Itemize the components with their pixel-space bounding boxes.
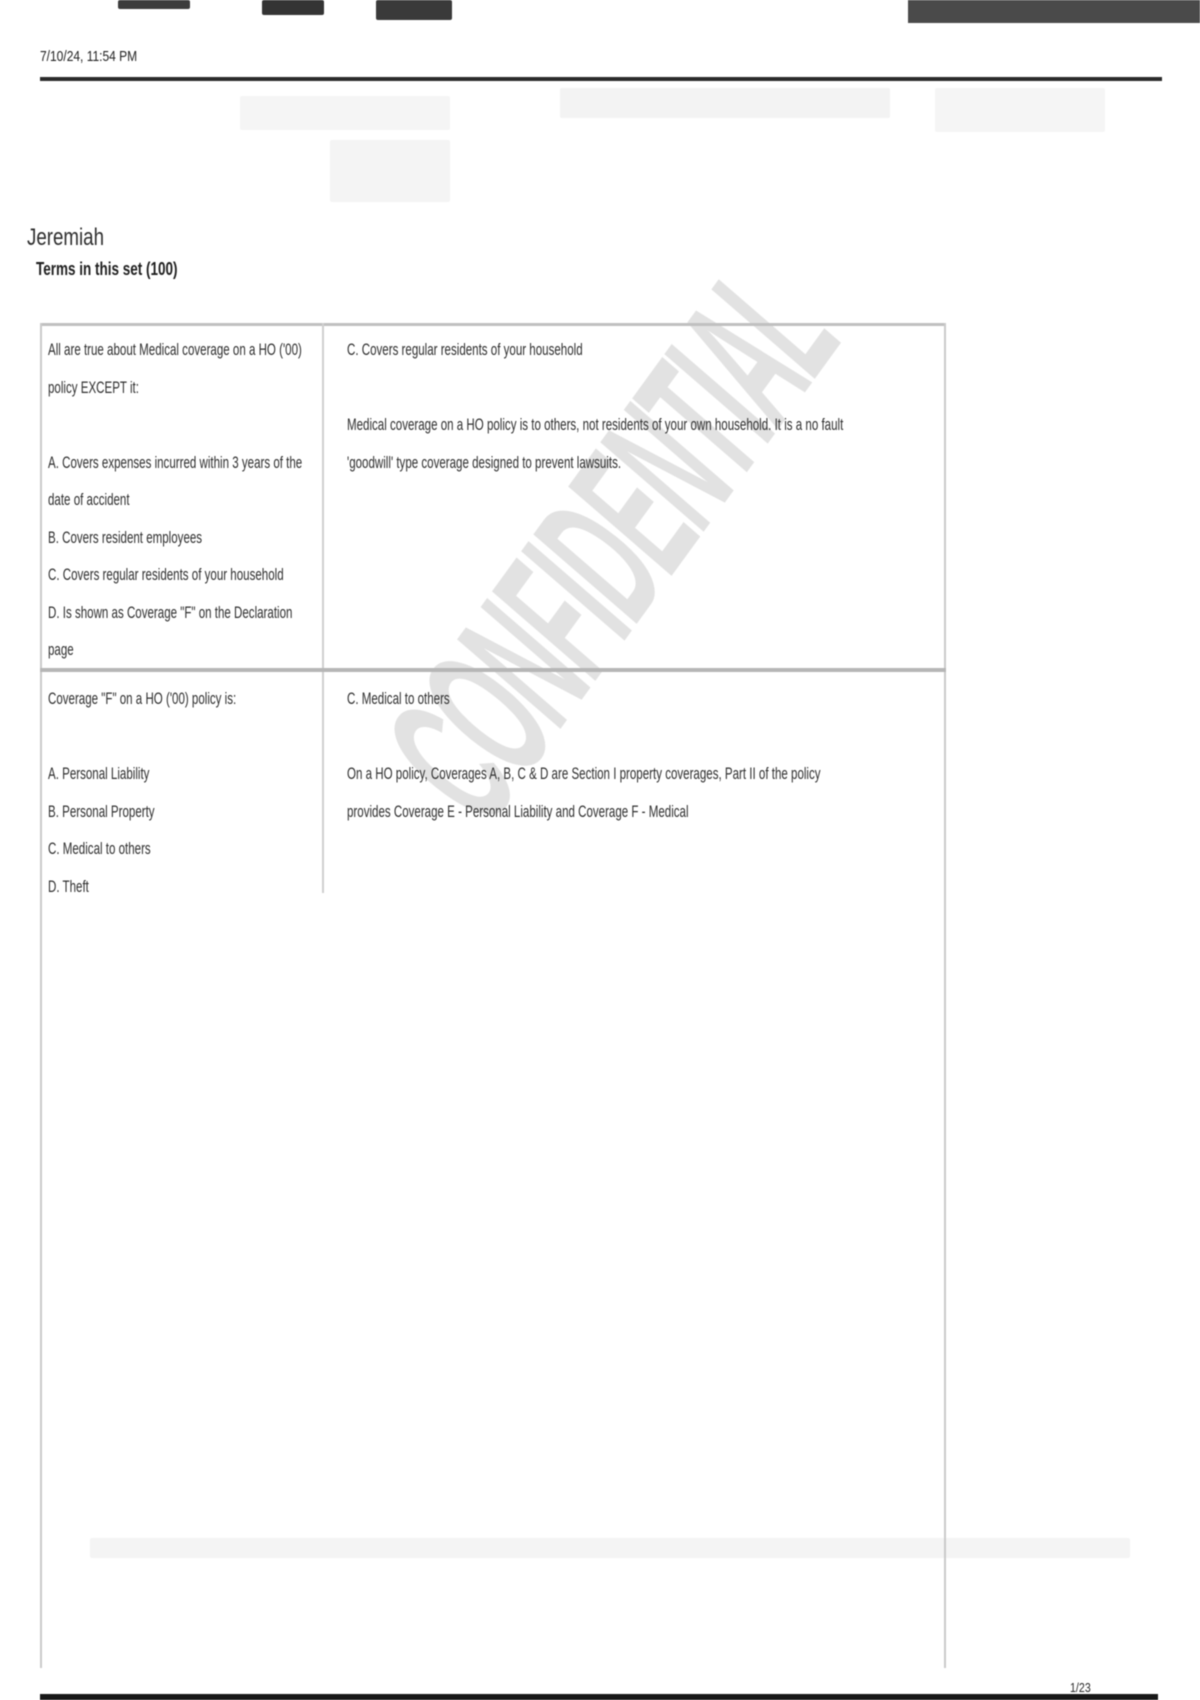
text-line: A. Covers expenses incurred within 3 yea… — [48, 445, 302, 483]
term-cell-1: All are true about Medical coverage on a… — [48, 332, 302, 670]
flashcards-table: All are true about Medical coverage on a… — [40, 323, 946, 1668]
text-line: All are true about Medical coverage on a… — [48, 332, 302, 370]
table-left-border — [40, 323, 42, 1668]
document-page: CONFIDENTIAL 7/10/24, 11:54 PM Jeremiah … — [0, 0, 1200, 1700]
terms-set-heading: Terms in this set (100) — [36, 259, 178, 280]
print-timestamp: 7/10/24, 11:54 PM — [40, 48, 137, 65]
text-line: C. Covers regular residents of your hous… — [347, 332, 843, 370]
definition-cell-1: C. Covers regular residents of your hous… — [347, 332, 843, 482]
text-line: C. Medical to others — [48, 831, 236, 869]
text-line: On a HO policy, Coverages A, B, C & D ar… — [347, 756, 821, 794]
text-line: C. Medical to others — [347, 681, 821, 719]
text-line: 'goodwill' type coverage designed to pre… — [347, 445, 843, 483]
text-line: D. Theft — [48, 869, 236, 907]
header-rule — [40, 77, 1162, 81]
footer-rule — [40, 1694, 1158, 1700]
text-line: policy EXCEPT it: — [48, 370, 302, 408]
text-line: D. Is shown as Coverage "F" on the Decla… — [48, 595, 302, 633]
text-line — [347, 370, 843, 408]
text-line: page — [48, 632, 302, 670]
text-line: Medical coverage on a HO policy is to ot… — [347, 407, 843, 445]
table-top-border — [40, 323, 946, 326]
text-line: Coverage "F" on a HO ('00) policy is: — [48, 681, 236, 719]
text-line: A. Personal Liability — [48, 756, 236, 794]
text-line: B. Personal Property — [48, 794, 236, 832]
text-line: date of accident — [48, 482, 302, 520]
text-line — [48, 719, 236, 757]
term-cell-2: Coverage "F" on a HO ('00) policy is:A. … — [48, 681, 236, 906]
author-name: Jeremiah — [27, 224, 104, 252]
table-column-divider — [322, 323, 324, 893]
page-number: 1/23 — [1070, 1680, 1091, 1695]
definition-cell-2: C. Medical to othersOn a HO policy, Cove… — [347, 681, 821, 831]
text-line: provides Coverage E - Personal Liability… — [347, 794, 821, 832]
text-line: B. Covers resident employees — [48, 520, 302, 558]
table-right-border — [944, 323, 946, 1668]
text-line: C. Covers regular residents of your hous… — [48, 557, 302, 595]
page-content: 7/10/24, 11:54 PM Jeremiah Terms in this… — [0, 0, 1200, 1700]
text-line — [347, 719, 821, 757]
text-line — [48, 407, 302, 445]
